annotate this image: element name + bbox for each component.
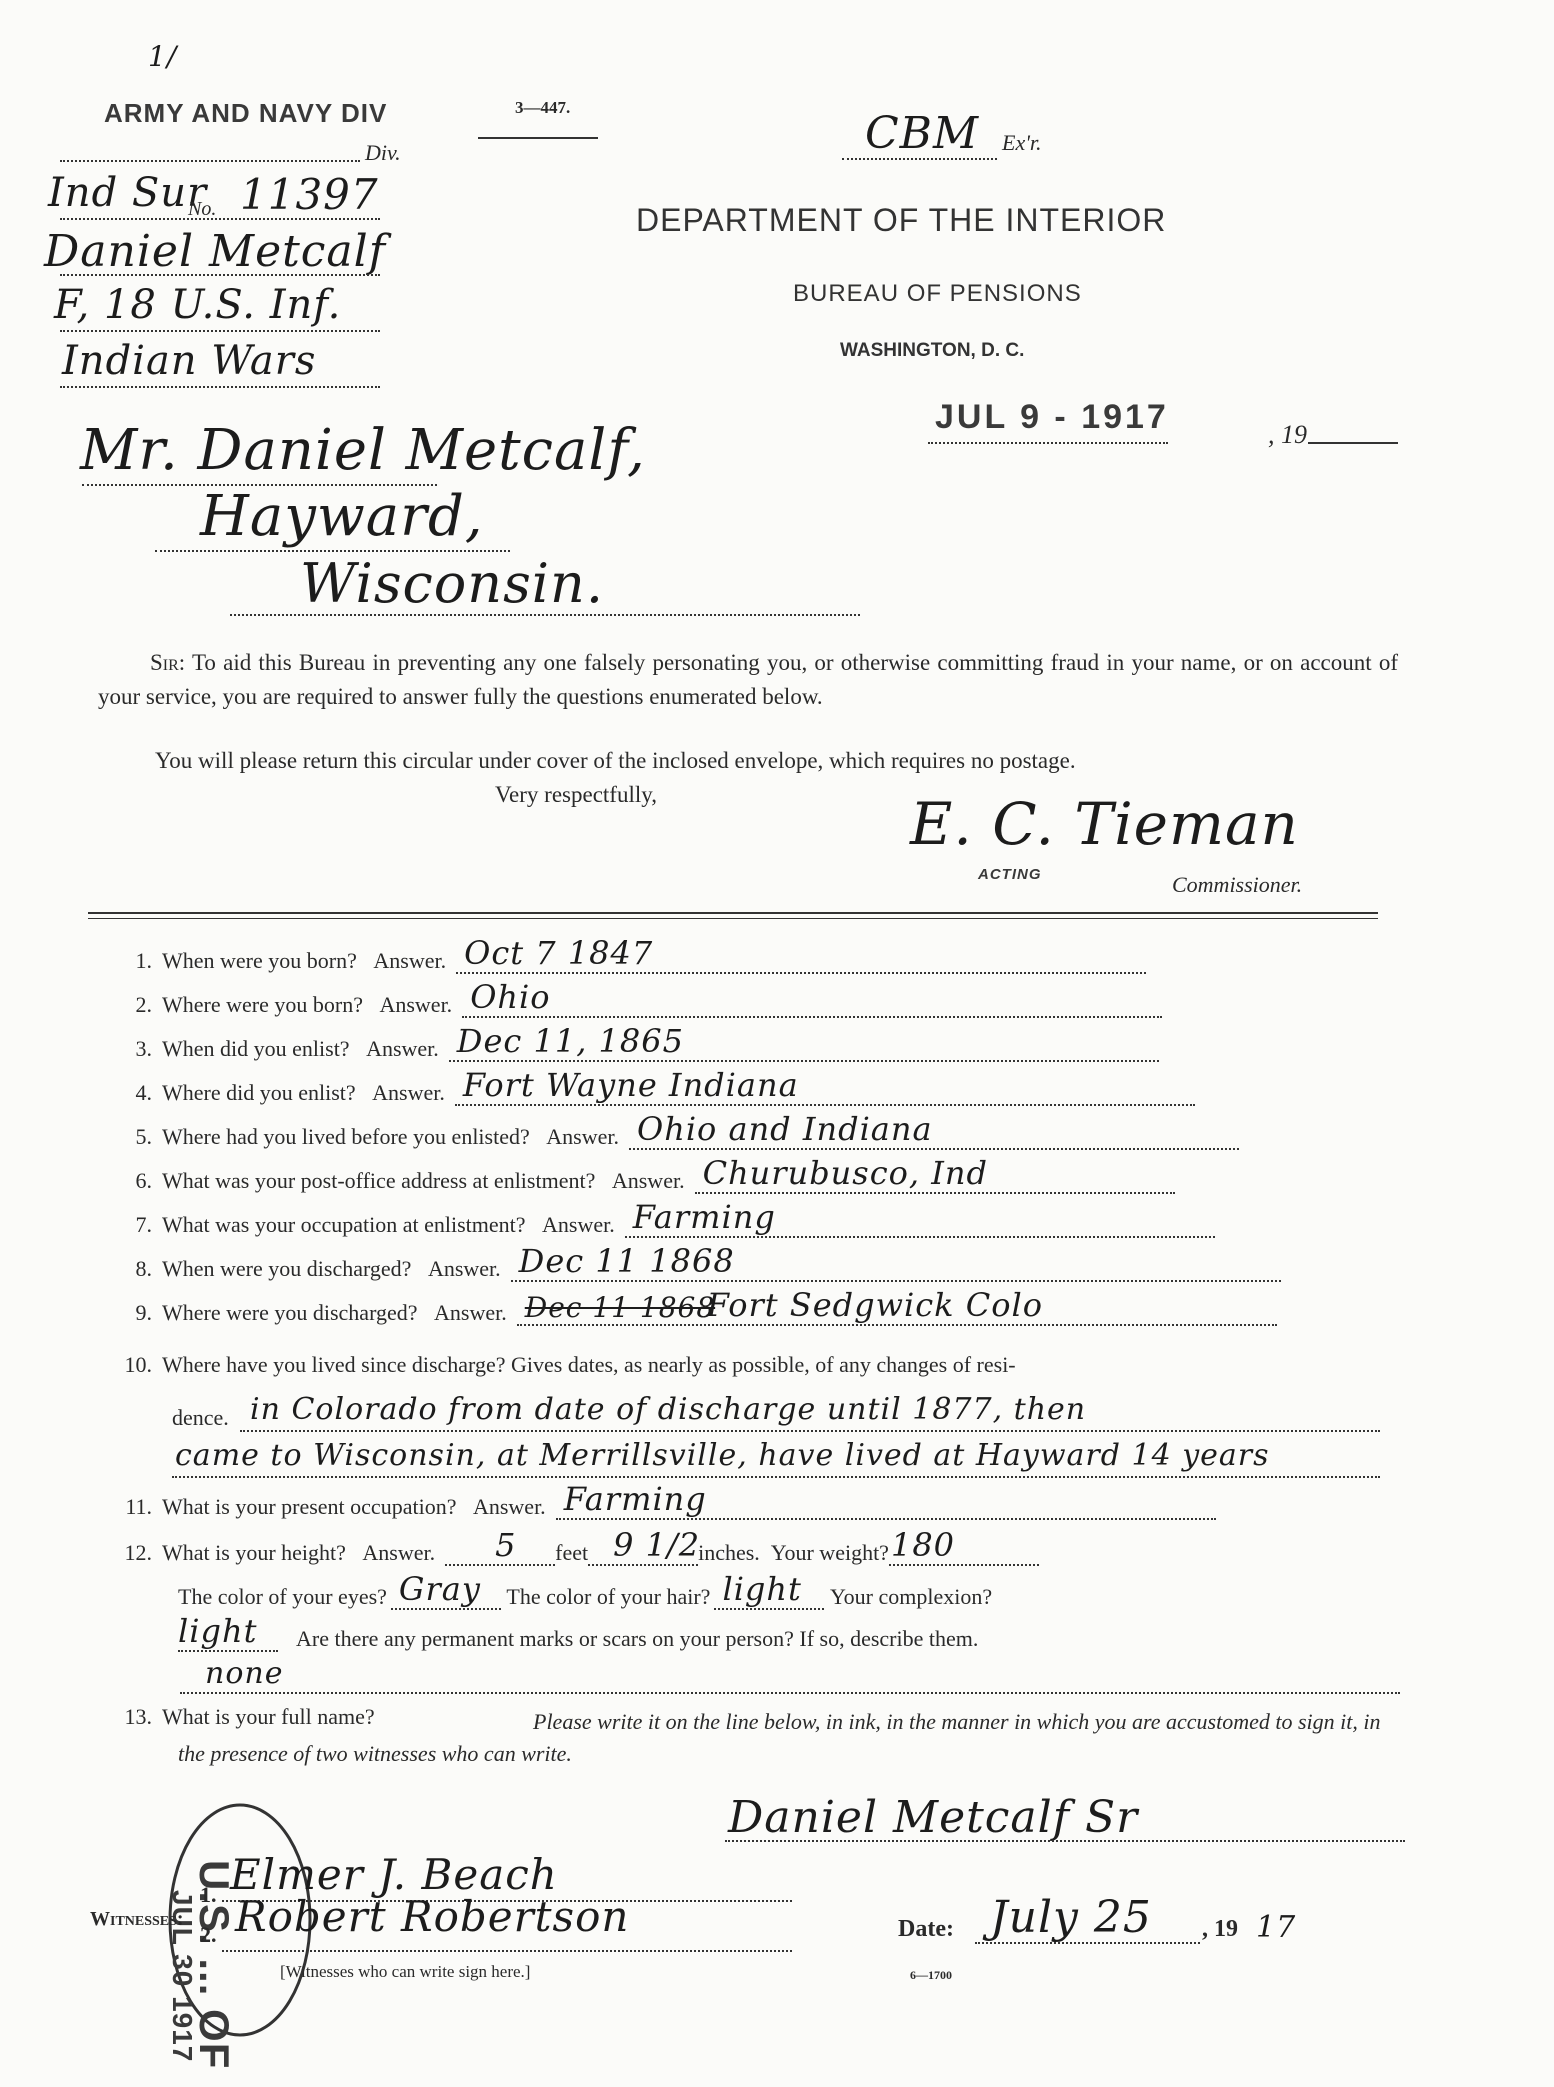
- question-text: Where had you lived before you enlisted?: [162, 1124, 530, 1150]
- answer-value: Dec 11 1868: [519, 1242, 735, 1280]
- marks-value: none: [205, 1656, 283, 1691]
- letter-closing: Very respectfully,: [495, 782, 657, 808]
- question-4: 4.Where did you enlist? Answer.Fort Wayn…: [110, 1080, 1195, 1106]
- file-number: 11397: [240, 170, 379, 219]
- height-inches-field[interactable]: 9 1/2: [588, 1540, 698, 1566]
- question-6: 6.What was your post-office address at e…: [110, 1168, 1175, 1194]
- examiner-suffix: Ex'r.: [1002, 130, 1042, 156]
- file-line-1: [60, 218, 380, 220]
- question-number: 6.: [110, 1168, 152, 1194]
- answer-label: Answer.: [428, 1256, 501, 1282]
- answer-value: Fort Wayne Indiana: [463, 1066, 799, 1104]
- answer-value: Farming: [564, 1480, 707, 1518]
- answer-value: Oct 7 1847: [464, 934, 653, 972]
- complexion-field[interactable]: light: [178, 1626, 278, 1652]
- date-label: Date:: [898, 1916, 954, 1943]
- file-unit: F, 18 U.S. Inf.: [54, 282, 341, 328]
- answer-label: Answer.: [546, 1124, 619, 1150]
- eyes-label: The color of your eyes?: [178, 1584, 387, 1610]
- examiner-line: [842, 158, 997, 160]
- addressee-name: Mr. Daniel Metcalf,: [80, 418, 646, 483]
- answer-field[interactable]: Churubusco, Ind: [695, 1168, 1175, 1194]
- file-line-2: [60, 274, 380, 276]
- hair-field[interactable]: light: [714, 1584, 824, 1610]
- witnesses-note: [Witnesses who can write sign here.]: [280, 1962, 530, 1982]
- witness-1-number: 1.: [200, 1882, 217, 1908]
- letter-paragraph-2: You will please return this circular und…: [155, 748, 1076, 774]
- answer-field[interactable]: Oct 7 1847: [456, 948, 1146, 974]
- complexion-label: Your complexion?: [830, 1584, 992, 1610]
- question-1: 1.When were you born? Answer.Oct 7 1847: [110, 948, 1146, 974]
- date-year-suffix: 17: [1256, 1910, 1296, 1945]
- answer-label: Answer.: [372, 1080, 445, 1106]
- question-number: 1.: [110, 948, 152, 974]
- answer-value: Fort Sedgwick Colo: [707, 1286, 1043, 1324]
- date-stamp: JUL 9 - 1917: [935, 398, 1169, 437]
- acting-stamp: ACTING: [978, 866, 1042, 883]
- answer-field[interactable]: Farming: [556, 1494, 1216, 1520]
- division-line: [60, 160, 360, 162]
- answer-label: Answer.: [366, 1036, 439, 1062]
- year-line: [1308, 442, 1398, 444]
- answer-value: Ohio: [470, 978, 550, 1016]
- question-10: 10. Where have you lived since discharge…: [110, 1352, 1016, 1378]
- date-year-prefix: , 19: [1202, 1916, 1238, 1943]
- city-title: WASHINGTON, D. C.: [840, 340, 1024, 362]
- question-text: What was your post-office address at enl…: [162, 1168, 595, 1194]
- witnesses-label: Witnesses:: [90, 1908, 184, 1931]
- witness-2-signature: Robert Robertson: [235, 1892, 629, 1941]
- file-name: Daniel Metcalf: [44, 226, 386, 277]
- question-number: 4.: [110, 1080, 152, 1106]
- question-text: Where did you enlist?: [162, 1080, 356, 1106]
- question-number: 11.: [110, 1494, 152, 1520]
- question-7: 7.What was your occupation at enlistment…: [110, 1212, 1215, 1238]
- examiner-initials: CBM: [865, 108, 979, 159]
- hair-label: The color of your hair?: [506, 1584, 710, 1610]
- question-number: 12.: [110, 1540, 152, 1566]
- department-title: DEPARTMENT OF THE INTERIOR: [636, 202, 1166, 239]
- answer-field[interactable]: Dec 11 1868: [511, 1256, 1281, 1282]
- height-feet-field[interactable]: 5: [445, 1540, 555, 1566]
- question-number: 8.: [110, 1256, 152, 1282]
- file-line-4: [60, 386, 380, 388]
- question-text: What was your occupation at enlistment?: [162, 1212, 526, 1238]
- feet-label: feet: [555, 1540, 588, 1566]
- commissioner-title: Commissioner.: [1172, 872, 1302, 898]
- date-stamp-line: [928, 442, 1168, 444]
- answer-label: Answer.: [542, 1212, 615, 1238]
- witness-2-number: 2.: [200, 1922, 217, 1948]
- division-suffix: Div.: [365, 140, 401, 166]
- question-number: 10.: [110, 1352, 152, 1378]
- weight-label: Your weight?: [771, 1540, 889, 1566]
- question-number: 7.: [110, 1212, 152, 1238]
- answer-field[interactable]: Ohio: [462, 992, 1162, 1018]
- date-value: July 25: [990, 1892, 1152, 1943]
- answer-field[interactable]: Farming: [625, 1212, 1215, 1238]
- height-feet-value: 5: [495, 1526, 516, 1564]
- signature-line[interactable]: [725, 1840, 1405, 1842]
- question-2: 2.Where were you born? Answer.Ohio: [110, 992, 1162, 1018]
- weight-field[interactable]: 180: [889, 1540, 1039, 1566]
- question-11: 11. What is your present occupation? Ans…: [110, 1494, 1216, 1520]
- eyes-value: Gray: [399, 1570, 481, 1608]
- letter-paragraph-1: Sir: To aid this Bureau in preventing an…: [98, 646, 1398, 714]
- answer-label: Answer.: [379, 992, 452, 1018]
- form-number: 3—447.: [515, 98, 570, 118]
- question-3: 3.When did you enlist? Answer.Dec 11, 18…: [110, 1036, 1159, 1062]
- divider-rule-bottom: [88, 918, 1378, 919]
- question-text: What is your height?: [162, 1540, 346, 1566]
- addressee-city: Hayward,: [200, 484, 484, 549]
- answer-field[interactable]: Fort Wayne Indiana: [455, 1080, 1195, 1106]
- eyes-field[interactable]: Gray: [391, 1584, 501, 1610]
- letter-paragraph-1-text: To aid this Bureau in preventing any one…: [98, 650, 1398, 709]
- answer-label: Answer.: [373, 948, 446, 974]
- answer-value: Ohio and Indiana: [637, 1110, 933, 1148]
- marks-field[interactable]: [180, 1692, 1400, 1694]
- question-text: Where were you discharged?: [162, 1300, 418, 1326]
- question-8: 8.When were you discharged? Answer.Dec 1…: [110, 1256, 1281, 1282]
- file-type: Ind Sur: [48, 170, 207, 216]
- question-5: 5.Where had you lived before you enliste…: [110, 1124, 1239, 1150]
- weight-value: 180: [891, 1526, 955, 1564]
- question-text: Where have you lived since discharge? Gi…: [162, 1352, 1016, 1378]
- date-suffix: , 19: [1268, 420, 1307, 450]
- answer-10-line-1-text[interactable]: in Colorado from date of discharge until…: [250, 1392, 1086, 1427]
- complexion-value: light: [178, 1612, 257, 1650]
- witness-2-line[interactable]: [222, 1950, 792, 1952]
- question-number: 5.: [110, 1124, 152, 1150]
- hair-value: light: [722, 1570, 801, 1608]
- question-number: 9.: [110, 1300, 152, 1326]
- question-number: 13.: [110, 1704, 152, 1730]
- answer-10-line-2: [172, 1476, 1380, 1478]
- answer-field[interactable]: Dec 11, 1865: [449, 1036, 1159, 1062]
- marks-label: Are there any permanent marks or scars o…: [296, 1626, 978, 1652]
- division-stamp: ARMY AND NAVY DIV: [104, 98, 387, 129]
- corner-mark: 1/: [148, 40, 177, 73]
- answer-10-line-1: [240, 1430, 1380, 1432]
- answer-label: Answer.: [434, 1300, 507, 1326]
- answer-field[interactable]: Ohio and Indiana: [629, 1124, 1239, 1150]
- question-text: When were you born?: [162, 948, 357, 974]
- addressee-state: Wisconsin.: [300, 552, 604, 615]
- answer-value: Churubusco, Ind: [703, 1154, 988, 1192]
- divider-rule-top: [88, 912, 1378, 914]
- form-number-rule: [478, 137, 598, 139]
- question-number: 2.: [110, 992, 152, 1018]
- answer-struck-value: Dec 11 1868: [525, 1291, 715, 1324]
- answer-label: Answer.: [362, 1540, 435, 1566]
- inches-label: inches.: [698, 1540, 760, 1566]
- question-9: 9.Where were you discharged? Answer.Dec …: [110, 1300, 1277, 1326]
- question-text: Where were you born?: [162, 992, 363, 1018]
- question-text: What is your present occupation?: [162, 1494, 456, 1520]
- answer-value: Dec 11, 1865: [457, 1022, 684, 1060]
- question-number: 3.: [110, 1036, 152, 1062]
- question-text: When did you enlist?: [162, 1036, 350, 1062]
- addressee-line-3: [230, 614, 860, 616]
- applicant-signature: Daniel Metcalf Sr: [728, 1792, 1138, 1843]
- commissioner-signature: E. C. Tieman: [910, 790, 1299, 858]
- salutation: Sir:: [150, 650, 185, 675]
- question-10-cont: dence.: [172, 1405, 229, 1431]
- height-inches-value: 9 1/2: [613, 1526, 700, 1564]
- question-12-colors: The color of your eyes? Gray The color o…: [178, 1584, 992, 1610]
- answer-label: Answer.: [612, 1168, 685, 1194]
- answer-value: Farming: [633, 1198, 776, 1236]
- question-12-marks: light Are there any permanent marks or s…: [178, 1626, 978, 1652]
- answer-field[interactable]: Dec 11 1868Fort Sedgwick Colo: [517, 1300, 1277, 1326]
- footer-code: 6—1700: [910, 1968, 952, 1983]
- answer-10-line-2-text[interactable]: came to Wisconsin, at Merrillsville, hav…: [175, 1438, 1270, 1473]
- file-line-3: [60, 330, 380, 332]
- answer-label: Answer.: [473, 1494, 546, 1520]
- question-13-instruction: Please write it on the line below, in in…: [178, 1706, 1403, 1770]
- bureau-title: BUREAU OF PENSIONS: [793, 280, 1082, 308]
- question-12: 12. What is your height? Answer. 5 feet …: [110, 1540, 1039, 1566]
- file-war: Indian Wars: [62, 338, 316, 384]
- question-text: When were you discharged?: [162, 1256, 411, 1282]
